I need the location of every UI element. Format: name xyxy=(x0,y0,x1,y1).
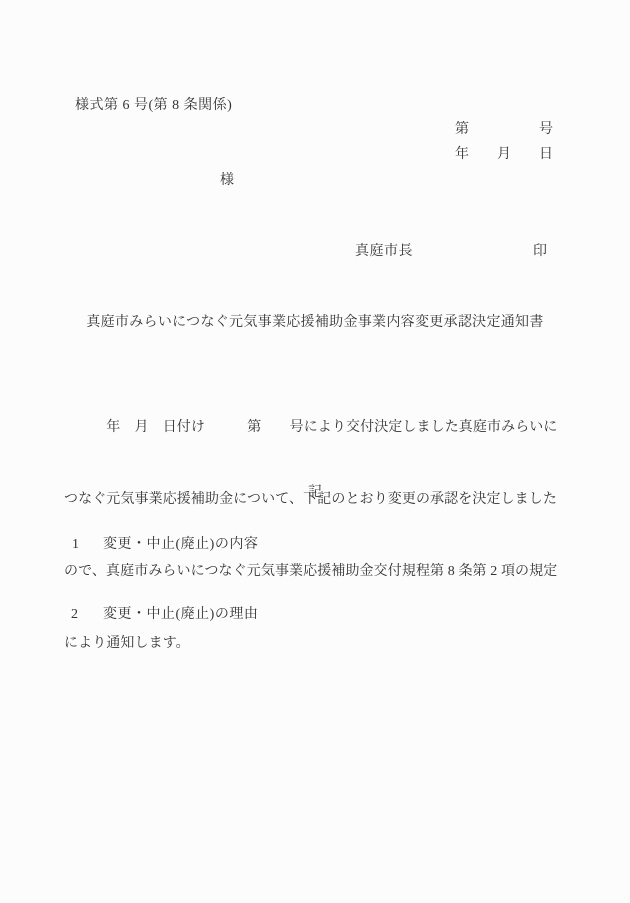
item-1-number: 1 xyxy=(72,538,79,552)
body-line-3: ので、真庭市みらいにつなぐ元気事業応援補助金交付規程第 8 条第 2 項の規定 xyxy=(64,560,566,584)
document-number-line: 第 号 xyxy=(455,123,553,137)
document-date-line: 年 月 日 xyxy=(455,148,553,162)
document-page: 様式第 6 号(第 8 条関係) 第 号 年 月 日 様 真庭市長 印 真庭市み… xyxy=(0,0,630,903)
item-2-label: 変更・中止(廃止)の理由 xyxy=(103,608,258,622)
body-line-1: 年 月 日付け 第 号により交付決定しました真庭市みらいに xyxy=(64,416,566,440)
body-paragraph: 年 月 日付け 第 号により交付決定しました真庭市みらいに つなぐ元気事業応援補… xyxy=(64,368,566,704)
body-line-4: により通知します。 xyxy=(64,632,566,656)
seal-placeholder: 印 xyxy=(533,245,547,259)
sender-name: 真庭市長 xyxy=(355,245,413,259)
addressee-honorific: 様 xyxy=(220,174,234,188)
form-number-label: 様式第 6 号(第 8 条関係) xyxy=(75,99,232,113)
document-title: 真庭市みらいにつなぐ元気事業応援補助金事業内容変更承認決定通知書 xyxy=(0,316,630,330)
item-2-number: 2 xyxy=(71,608,78,622)
ki-section-marker: 記 xyxy=(0,486,630,500)
item-1-label: 変更・中止(廃止)の内容 xyxy=(103,538,258,552)
